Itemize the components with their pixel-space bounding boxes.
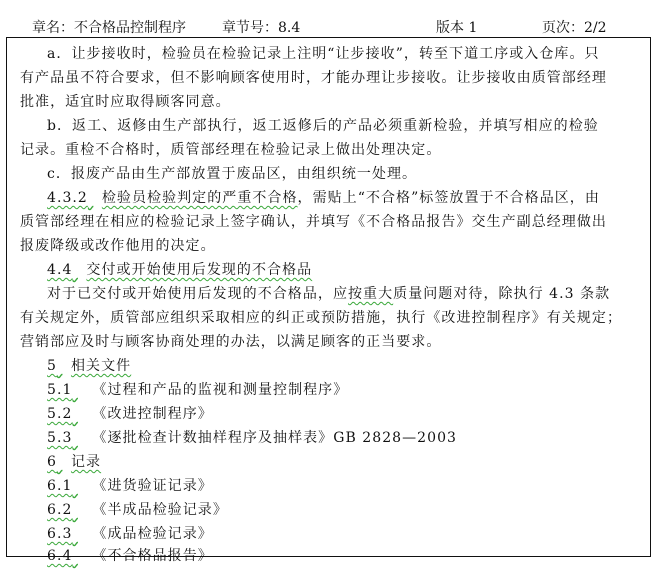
section-4-4-line-2: 有关规定外，质管部应组织采取相应的纠正或预防措施，执行《改进控制程序》有关规定； (20, 306, 622, 330)
chapter-number: 章节号：8.4 (222, 18, 300, 38)
section-6-heading: 6 记录 (47, 450, 101, 474)
spacer (57, 450, 71, 474)
section-5-title: 相关文件 (71, 358, 131, 374)
spacer (72, 544, 92, 568)
list-item: 6.2 《半成品检验记录》 (47, 498, 228, 522)
para-a-line-3: 批准，适宜时应取得顾客同意。 (20, 90, 231, 114)
list-item: 6.1 《进货验证记录》 (47, 474, 213, 498)
item-number: 5.3 (47, 430, 72, 446)
list-item: 5.2 《改进控制程序》 (47, 402, 213, 426)
spacer (72, 498, 92, 522)
spacer (72, 426, 92, 450)
spacer (57, 354, 71, 378)
item-number: 6.1 (47, 478, 72, 494)
spacer (72, 522, 92, 546)
section-4-4-line-1-part-b: 按重大 (348, 286, 393, 302)
item-number: 6.4 (47, 548, 72, 564)
item-title: 《过程和产品的监视和测量控制程序》 (92, 382, 348, 398)
list-item: 5.3 《逐批检查计数抽样程序及抽样表》GB 2828—2003 (47, 426, 457, 450)
spacer (72, 258, 86, 282)
version-label: 版本 1 (436, 18, 477, 38)
content-frame: a．让步接收时，检验员在检验记录上注明“让步接收”，转至下道工序或入仓库。只 有… (6, 37, 651, 557)
item-number: 6.3 (47, 526, 72, 542)
item-number: 5.2 (47, 406, 72, 422)
list-item: 6.3 《成品检验记录》 (47, 522, 213, 546)
section-4-4-number: 4.4 (47, 262, 72, 278)
spacer (72, 402, 92, 426)
item-title: 《逐批检查计数抽样程序及抽样表》GB 2828—2003 (92, 430, 457, 446)
item-title: 《成品检验记录》 (92, 526, 212, 542)
list-item: 5.1 《过程和产品的监视和测量控制程序》 (47, 378, 348, 402)
section-6-title: 记录 (71, 454, 101, 470)
para-a-line-2: 有产品虽不符合要求，但不影响顾客使用时，才能办理让步接收。让步接收由质管部经理 (20, 66, 607, 90)
section-4-4-line-1-part-a: 对于已交付或开始使用后发现的不合格品，应 (47, 286, 348, 302)
item-number: 5.1 (47, 382, 72, 398)
para-b-line-1: b．返工、返修由生产部执行，返工返修后的产品必须重新检验，并填写相应的检验 (47, 114, 599, 138)
item-number: 6.2 (47, 502, 72, 518)
section-4-4-line-1: 对于已交付或开始使用后发现的不合格品，应按重大质量问题对待，除执行 4.3 条款 (47, 282, 610, 306)
section-4-3-2-line-1-rest: ，需贴上“不合格”标签放置于不合格品区，由 (298, 190, 600, 206)
section-4-4-heading: 4.4 交付或开始使用后发现的不合格品 (47, 258, 312, 282)
section-6-number: 6 (47, 454, 57, 470)
section-4-4-title: 交付或开始使用后发现的不合格品 (86, 262, 312, 278)
para-a-line-1: a．让步接收时，检验员在检验记录上注明“让步接收”，转至下道工序或入仓库。只 (47, 42, 600, 66)
section-5-number: 5 (47, 358, 57, 374)
page-indicator: 页次：2/2 (542, 18, 607, 38)
spacer (72, 474, 92, 498)
item-title: 《半成品检验记录》 (92, 502, 227, 518)
section-4-4-line-1-part-c: 质量问题对待，除执行 4.3 条款 (393, 286, 610, 302)
list-item: 6.4 《不合格品报告》 (47, 544, 213, 568)
para-c-line-1: c．报废产品由生产部放置于废品区，由组织统一处理。 (47, 162, 417, 186)
section-5-heading: 5 相关文件 (47, 354, 131, 378)
spacer (88, 186, 102, 210)
section-4-3-2-line-2: 质管部经理在相应的检验记录上签字确认，并填写《不合格品报告》交生产副总经理做出 (20, 210, 607, 234)
item-title: 《不合格品报告》 (92, 548, 212, 564)
section-4-3-2-title: 检验员检验判定的严重不合格 (102, 190, 298, 206)
para-b-line-2: 记录。重检不合格时，质管部经理在检验记录上做出处理决定。 (20, 138, 441, 162)
spacer (72, 378, 92, 402)
document-header: 章名：不合格品控制程序 章节号：8.4 版本 1 页次：2/2 (0, 18, 658, 38)
chapter-name: 章名：不合格品控制程序 (32, 18, 186, 38)
item-title: 《进货验证记录》 (92, 478, 212, 494)
item-title: 《改进控制程序》 (92, 406, 212, 422)
section-4-3-2-number: 4.3.2 (47, 190, 88, 206)
section-4-3-2-line-3: 报废降级或改作他用的决定。 (20, 234, 216, 258)
section-4-3-2-line-1: 4.3.2 检验员检验判定的严重不合格，需贴上“不合格”标签放置于不合格品区，由 (47, 186, 600, 210)
section-4-4-line-3: 营销部应及时与顾客协商处理的办法，以满足顾客的正当要求。 (20, 330, 441, 354)
